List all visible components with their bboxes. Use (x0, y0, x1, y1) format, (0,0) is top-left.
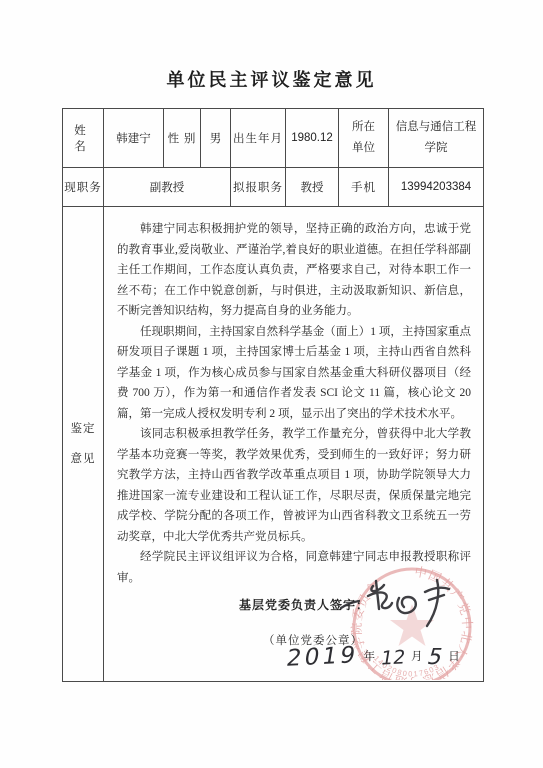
handwritten-day: 5 (425, 645, 446, 670)
table-row: 鉴定 意见 韩建宁同志积极拥护党的领导，坚持正确的政治方向，忠诚于党的教育事业,… (63, 207, 484, 682)
table-row: 现职务 副教授 拟报职务 教授 手机 13994203384 (63, 168, 484, 207)
work-unit-value: 信息与通信工程 学院 (389, 109, 484, 168)
name-label: 姓 名 (63, 109, 104, 168)
day-unit-label: 日 (448, 651, 460, 663)
appraisal-opinion-cell: 韩建宁同志积极拥护党的领导，坚持正确的政治方向，忠诚于党的教育事业,爱岗敬业、严… (104, 207, 484, 682)
current-post-value: 副教授 (104, 168, 231, 207)
proposed-post-value: 教授 (286, 168, 339, 207)
table-row: 姓 名 韩建宁 性 别 男 出生年月 1980.12 所在 单位 信息与通信工程… (63, 109, 484, 168)
work-unit-label: 所在 单位 (339, 109, 389, 168)
name-value: 韩建宁 (104, 109, 164, 168)
handwritten-year: 2019 (285, 642, 360, 672)
gender-value: 男 (201, 109, 231, 168)
page-title: 单位民主评议鉴定意见 (0, 66, 543, 92)
document-page: 单位民主评议鉴定意见 姓 名 韩建宁 性 别 男 出生年月 1980.12 所在… (0, 0, 543, 768)
gender-label: 性 别 (164, 109, 201, 168)
current-post-label: 现职务 (63, 168, 104, 207)
date-line: 2019 年 12 月 5 日 (275, 644, 475, 670)
year-unit-label: 年 (364, 651, 376, 663)
month-unit-label: 月 (411, 651, 423, 663)
handwritten-signature (337, 574, 457, 632)
handwritten-month: 12 (379, 646, 407, 669)
appraisal-form-table: 姓 名 韩建宁 性 别 男 出生年月 1980.12 所在 单位 信息与通信工程… (62, 108, 484, 682)
appraisal-opinion-body: 韩建宁同志积极拥护党的领导，坚持正确的政治方向，忠诚于党的教育事业,爱岗敬业、严… (105, 208, 482, 680)
birth-date-value: 1980.12 (286, 109, 339, 168)
phone-label: 手机 (339, 168, 389, 207)
opinion-paragraph: 该同志积极承担教学任务，教学工作量充分，曾获得中北大学教学基本功竞赛一等奖，教学… (117, 424, 471, 547)
birth-date-label: 出生年月 (231, 109, 286, 168)
phone-value: 13994203384 (389, 168, 484, 207)
proposed-post-label: 拟报职务 (231, 168, 286, 207)
appraisal-opinion-label: 鉴定 意见 (63, 207, 104, 682)
opinion-paragraph: 韩建宁同志积极拥护党的领导，坚持正确的政治方向，忠诚于党的教育事业,爱岗敬业、严… (117, 219, 471, 322)
opinion-paragraph: 任现职期间，主持国家自然科学基金（面上）1 项，主持国家重点研发项目子课题 1 … (117, 322, 471, 425)
